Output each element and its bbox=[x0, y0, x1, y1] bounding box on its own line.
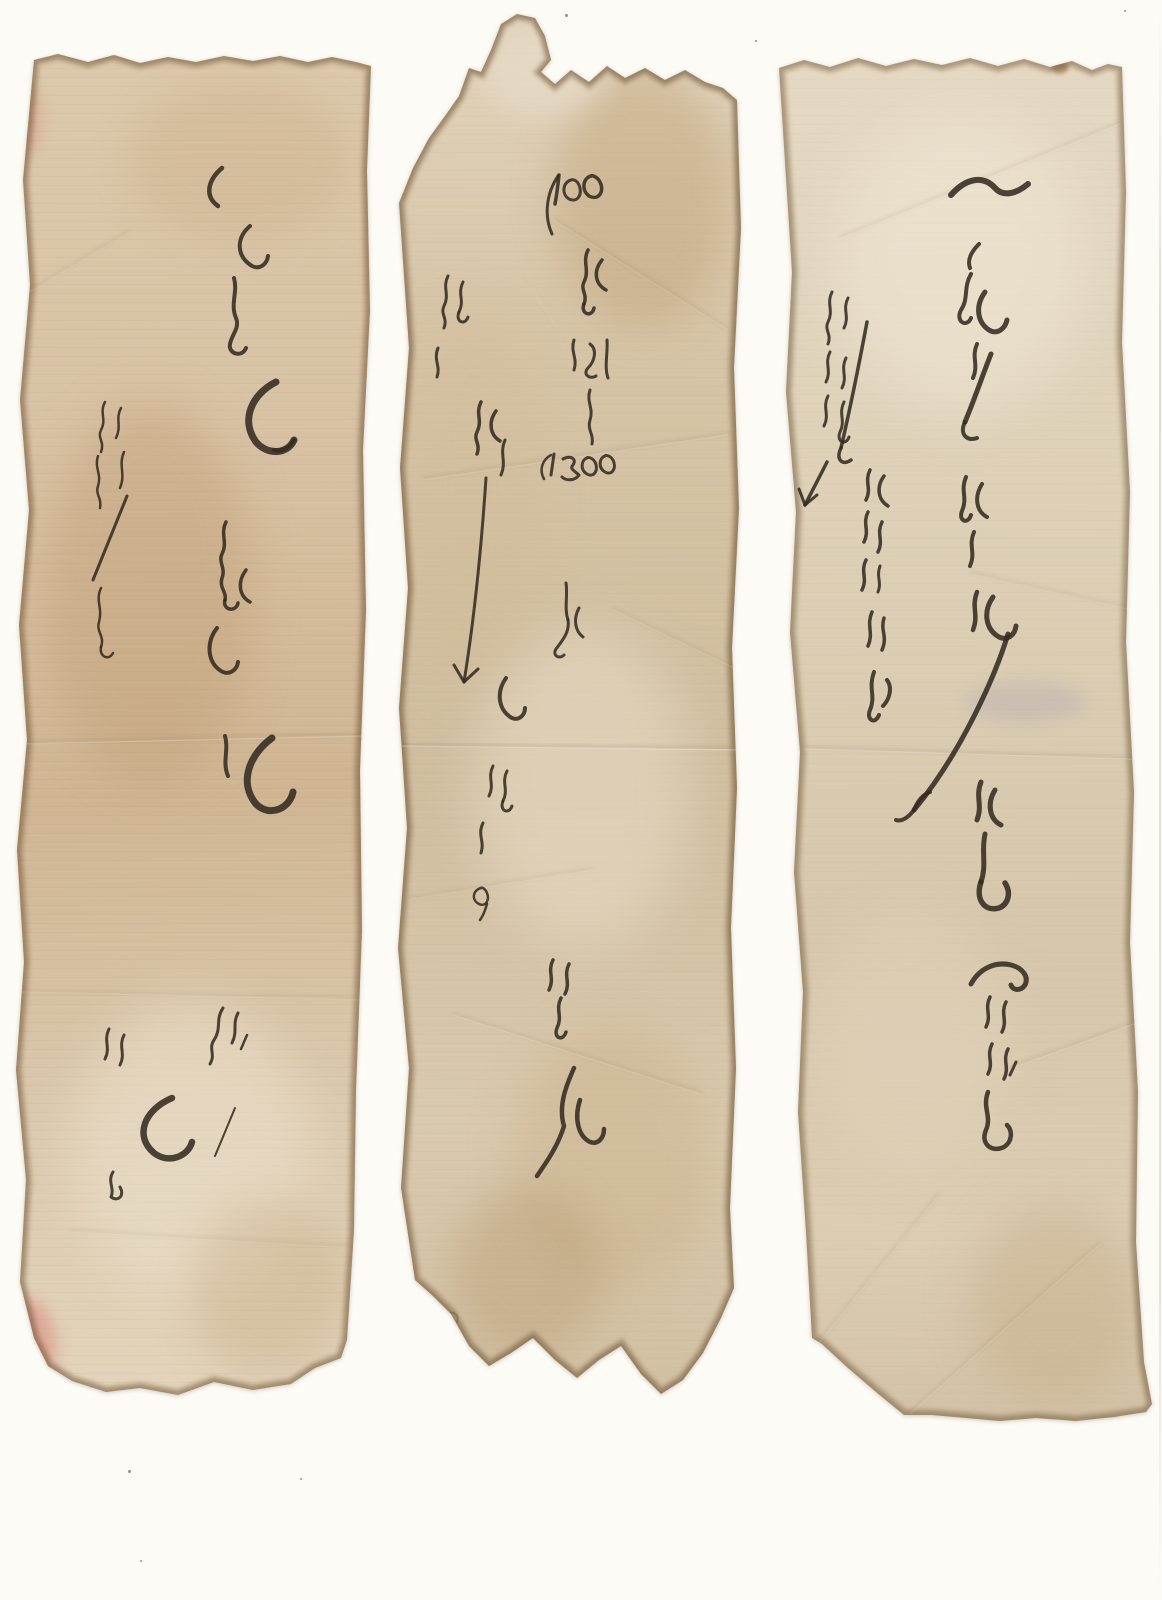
ink-stroke bbox=[411, 1313, 458, 1322]
crease-line bbox=[20, 734, 366, 742]
ink-stroke bbox=[100, 402, 105, 452]
ink-stroke bbox=[120, 1035, 124, 1065]
ink-stroke bbox=[215, 1108, 235, 1156]
ink-stroke bbox=[973, 592, 977, 630]
ink-stroke bbox=[120, 452, 124, 488]
ink-stroke bbox=[443, 276, 448, 328]
crease-highlight bbox=[613, 610, 738, 670]
manuscript-strip-left bbox=[10, 50, 378, 1400]
ink-stroke bbox=[97, 456, 101, 508]
ink-stroke bbox=[977, 782, 981, 820]
ink-stroke bbox=[105, 1029, 109, 1059]
ink-stroke bbox=[458, 312, 468, 322]
ink-stroke bbox=[961, 477, 971, 521]
crease-line bbox=[613, 608, 738, 668]
ink-stroke bbox=[436, 348, 438, 377]
ink-stroke bbox=[93, 496, 127, 580]
ink-stroke bbox=[841, 322, 867, 448]
background-speck bbox=[755, 40, 757, 42]
ink-stroke bbox=[864, 512, 868, 542]
ink-stroke bbox=[573, 340, 575, 370]
ink-stroke bbox=[583, 250, 588, 304]
ink-stroke bbox=[959, 274, 971, 323]
ink-stroke bbox=[501, 440, 505, 475]
ink-stroke bbox=[230, 278, 246, 354]
ink-stroke bbox=[977, 484, 987, 517]
ink-stroke bbox=[476, 402, 481, 454]
ink-stroke bbox=[584, 176, 602, 198]
manuscript-strip-middle bbox=[393, 8, 745, 1398]
ink-stroke bbox=[869, 672, 879, 720]
script-description: Mongolian vertical cursive handwriting bbox=[0, 0, 1, 1]
ink-stroke bbox=[879, 476, 888, 506]
ink-stroke bbox=[805, 462, 827, 505]
background-speck bbox=[128, 1470, 131, 1473]
ink-stroke bbox=[576, 608, 583, 637]
ink-calligraphy-svg bbox=[393, 8, 745, 1398]
paper-left bbox=[10, 50, 378, 1400]
ink-stroke bbox=[225, 600, 238, 609]
ink-stroke bbox=[979, 292, 1007, 332]
ink-stroke bbox=[988, 1044, 992, 1074]
paper-right bbox=[770, 52, 1160, 1424]
ink-stroke bbox=[241, 1035, 247, 1049]
scan-background: { "page": { "width": 1162, "height": 160… bbox=[0, 0, 1162, 1600]
ink-stroke bbox=[562, 457, 579, 479]
torn-edge-shading bbox=[16, 54, 371, 1395]
crease-line bbox=[818, 1192, 940, 1342]
ink-stroke bbox=[582, 457, 596, 475]
ink-stroke bbox=[210, 1008, 223, 1064]
ink-stroke bbox=[844, 298, 848, 328]
numeral-1300-reading: 1300 bbox=[0, 0, 1, 1]
ink-stroke bbox=[986, 997, 990, 1027]
ink-stroke bbox=[1002, 1002, 1006, 1032]
ink-stroke bbox=[981, 834, 985, 882]
ink-stroke bbox=[990, 790, 1001, 825]
ink-stroke bbox=[969, 244, 979, 268]
crease-line bbox=[22, 990, 364, 998]
background-speck bbox=[565, 14, 568, 17]
ink-stroke bbox=[101, 647, 113, 657]
ink-stroke bbox=[481, 823, 483, 853]
ink-stroke bbox=[951, 180, 1028, 195]
ink-stroke bbox=[971, 964, 1026, 990]
ink-stroke bbox=[826, 352, 830, 382]
crease-line bbox=[804, 747, 1156, 758]
ink-stroke bbox=[566, 583, 568, 620]
ink-stroke bbox=[537, 1068, 574, 1176]
ink-stroke bbox=[221, 522, 226, 600]
crease-line bbox=[553, 218, 728, 328]
ink-stroke bbox=[489, 766, 493, 796]
ink-stroke bbox=[596, 260, 606, 290]
ink-stroke bbox=[247, 738, 293, 811]
crease-line bbox=[30, 230, 130, 290]
ink-stroke bbox=[502, 801, 512, 811]
background-speck bbox=[140, 1560, 142, 1562]
ink-stroke bbox=[503, 771, 507, 801]
crease-line bbox=[408, 868, 593, 898]
ink-calligraphy-svg bbox=[770, 52, 1160, 1424]
ink-stroke bbox=[914, 634, 1008, 810]
ink-stroke bbox=[896, 810, 914, 821]
crease-highlight bbox=[70, 1232, 350, 1248]
ink-stroke bbox=[240, 570, 250, 602]
ink-stroke bbox=[565, 964, 569, 994]
ink-stroke bbox=[249, 382, 294, 452]
ink-stroke bbox=[868, 612, 872, 646]
ink-stroke bbox=[862, 560, 866, 590]
ink-stroke bbox=[878, 566, 880, 592]
ink-stroke bbox=[232, 1013, 238, 1043]
crease-line bbox=[70, 1230, 350, 1246]
ink-stroke bbox=[555, 620, 568, 657]
ink-stroke bbox=[209, 168, 222, 206]
torn-edge-shading-outer bbox=[16, 54, 371, 1395]
ink-stroke bbox=[491, 411, 500, 441]
ink-stroke bbox=[979, 882, 1008, 909]
background-speck bbox=[300, 1478, 302, 1480]
paper-middle bbox=[393, 8, 745, 1398]
ink-stroke bbox=[111, 1172, 122, 1199]
ink-stroke bbox=[987, 597, 1016, 638]
manuscript-strip-right bbox=[770, 52, 1160, 1424]
ink-stroke bbox=[583, 304, 594, 314]
ink-stroke bbox=[551, 454, 554, 475]
torn-edge-shading-outer bbox=[398, 14, 741, 1394]
ink-stroke bbox=[144, 1098, 192, 1158]
crease-highlight bbox=[453, 1015, 703, 1095]
crease-highlight bbox=[818, 1194, 940, 1344]
ink-stroke bbox=[577, 1100, 604, 1143]
background-speck bbox=[1124, 10, 1126, 12]
torn-edge-shading bbox=[398, 14, 741, 1394]
ink-stroke bbox=[454, 665, 464, 682]
scan-edge-artifact bbox=[1159, 0, 1161, 1600]
ink-stroke bbox=[116, 408, 121, 438]
numeral-100-reading: 100 bbox=[0, 0, 1, 1]
ink-stroke bbox=[970, 532, 974, 566]
ink-stroke bbox=[878, 522, 882, 552]
crease-highlight bbox=[30, 232, 130, 292]
crease-highlight bbox=[804, 749, 1156, 760]
crease-highlight bbox=[408, 870, 593, 900]
ink-stroke bbox=[606, 340, 608, 378]
torn-edge-shading-outer bbox=[779, 58, 1152, 1421]
ink-stroke bbox=[500, 678, 525, 719]
ink-stroke bbox=[882, 618, 884, 650]
ink-stroke bbox=[963, 422, 977, 439]
ink-stroke bbox=[240, 226, 268, 267]
ink-stroke bbox=[827, 292, 832, 344]
ink-stroke bbox=[866, 470, 870, 500]
ink-stroke bbox=[839, 448, 851, 462]
ink-stroke bbox=[480, 904, 487, 920]
ink-stroke bbox=[210, 628, 238, 673]
ink-stroke bbox=[459, 282, 463, 312]
ink-stroke bbox=[883, 680, 890, 706]
ink-stroke bbox=[225, 736, 228, 776]
ink-stroke bbox=[973, 344, 977, 378]
ink-stroke bbox=[600, 455, 614, 473]
ink-stroke bbox=[984, 1092, 1010, 1149]
ink-stroke bbox=[1004, 1049, 1008, 1079]
ink-stroke bbox=[549, 960, 553, 990]
ink-stroke bbox=[965, 354, 991, 422]
ink-stroke bbox=[556, 998, 566, 1038]
ink-stroke bbox=[98, 588, 102, 647]
ink-stroke bbox=[842, 358, 846, 388]
crease-highlight bbox=[910, 1244, 1100, 1414]
crease-highlight bbox=[553, 220, 728, 330]
ink-stroke bbox=[824, 396, 828, 426]
ink-stroke bbox=[589, 390, 593, 444]
torn-edge-shading bbox=[779, 58, 1152, 1421]
crease-line bbox=[453, 1013, 703, 1093]
ink-stroke bbox=[474, 888, 488, 905]
ink-stroke bbox=[564, 180, 580, 200]
ink-calligraphy-svg bbox=[10, 50, 378, 1400]
ink-stroke bbox=[464, 478, 486, 682]
ink-stroke bbox=[586, 344, 596, 377]
crease-line bbox=[910, 1242, 1100, 1412]
